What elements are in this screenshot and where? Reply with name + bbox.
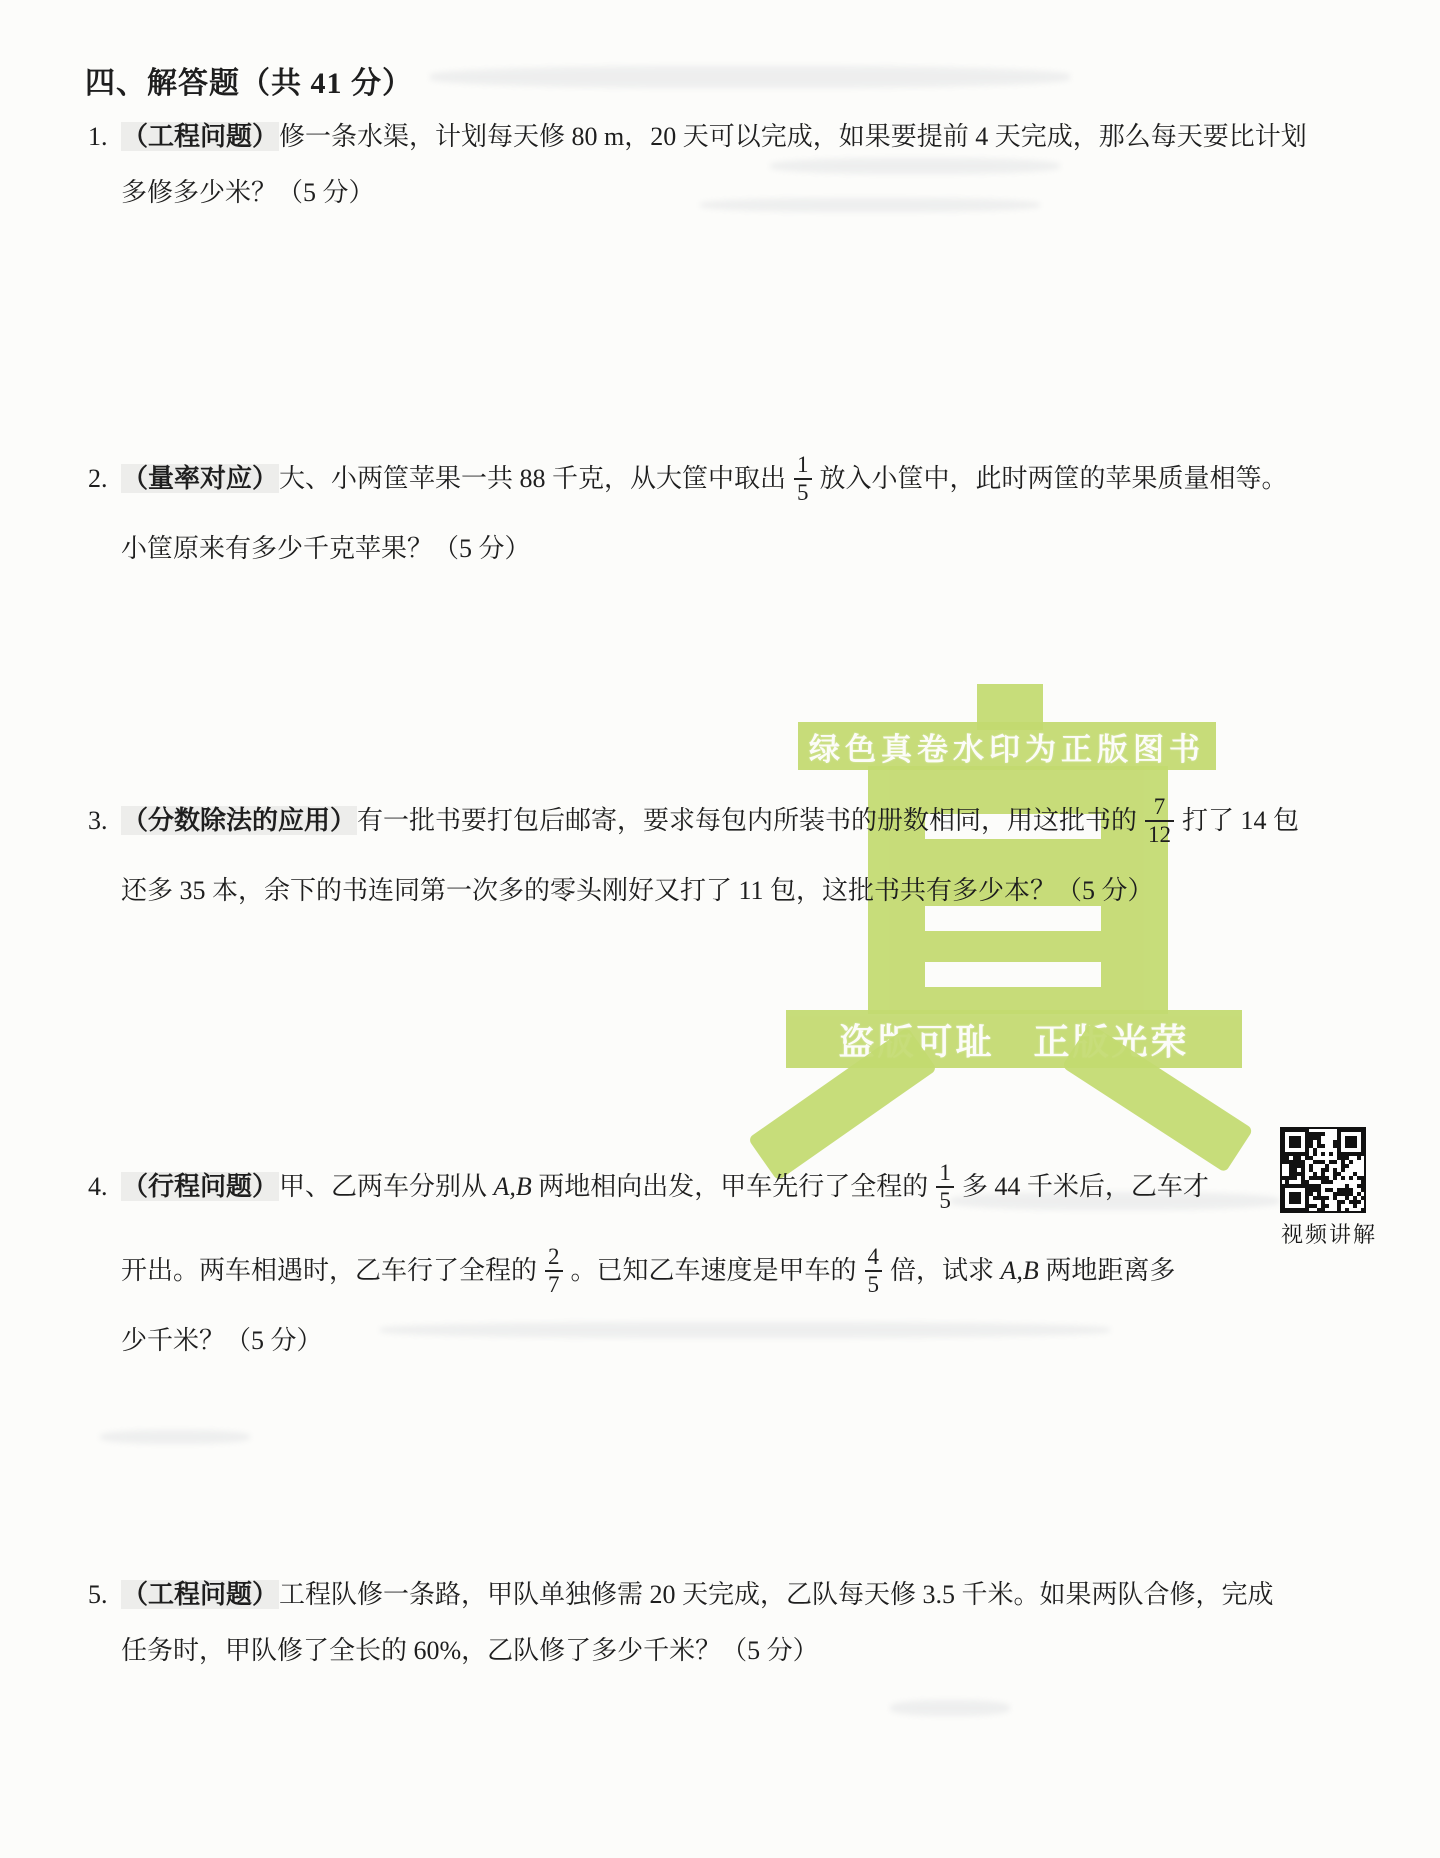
watermark-top-banner: 绿色真卷水印为正版图书 <box>798 722 1216 770</box>
fraction-denominator: 12 <box>1145 820 1174 848</box>
fraction-numerator: 1 <box>936 1160 954 1186</box>
video-qr-block: 视频讲解 <box>1281 1128 1391 1249</box>
fraction-numerator: 1 <box>794 452 812 478</box>
fraction-denominator: 5 <box>794 478 812 506</box>
problem-3-line-1: 3.（分数除法的应用）有一批书要打包后邮寄，要求每包内所装书的册数相同，用这批书… <box>88 782 1299 860</box>
problem-4: 4.（行程问题）甲、乙两车分别从 A,B 两地相向出发，甲车先行了全程的15多 … <box>88 1148 1209 1372</box>
fraction-denominator: 7 <box>545 1270 563 1298</box>
watermark-body-slot <box>925 962 1101 987</box>
section-title: 四、解答题（共 41 分） <box>85 58 413 102</box>
problem-4-line-2: 开出。两车相遇时，乙车行了全程的27。已知乙车速度是甲车的45倍，试求 A,B … <box>121 1232 1209 1310</box>
problem-text: 有一批书要打包后邮寄，要求每包内所装书的册数相同，用这批书的 <box>357 806 1137 835</box>
problem-text: A,B <box>1001 1256 1039 1285</box>
problem-4-line-1: 4.（行程问题）甲、乙两车分别从 A,B 两地相向出发，甲车先行了全程的15多 … <box>88 1148 1209 1226</box>
qr-code-image <box>1281 1128 1365 1212</box>
fraction-denominator: 5 <box>865 1270 883 1298</box>
problem-number: 5. <box>88 1570 121 1620</box>
fraction: 15 <box>936 1160 954 1214</box>
problem-text: 。已知乙车速度是甲车的 <box>571 1256 857 1285</box>
problem-topic-tag: （工程问题） <box>121 1580 279 1609</box>
problem-text: 多 44 千米后，乙车才 <box>962 1172 1209 1201</box>
problem-2: 2.（量率对应）大、小两筐苹果一共 88 千克，从大筐中取出15放入小筐中，此时… <box>88 440 1288 580</box>
fraction-denominator: 5 <box>936 1186 954 1214</box>
problem-1-line-1: 1.（工程问题）修一条水渠，计划每天修 80 m，20 天可以完成，如果要提前 … <box>88 112 1307 162</box>
problem-text: 大、小两筐苹果一共 88 千克，从大筐中取出 <box>279 464 786 493</box>
problem-1: 1.（工程问题）修一条水渠，计划每天修 80 m，20 天可以完成，如果要提前 … <box>88 112 1307 224</box>
problem-5-line-2: 任务时，甲队修了全长的 60%，乙队修了多少千米？（5 分） <box>121 1626 1274 1676</box>
problem-text: A,B <box>494 1172 532 1201</box>
fraction-numerator: 4 <box>865 1244 883 1270</box>
problem-2-line-2: 小筐原来有多少千克苹果？（5 分） <box>121 524 1288 574</box>
watermark-bottom-banner: 盗版可耻 正版光荣 <box>786 1010 1242 1068</box>
problem-text: 还多 35 本，余下的书连同第一次多的零头刚好又打了 11 包，这批书共有多少本… <box>121 876 1154 905</box>
problem-topic-tag: （量率对应） <box>121 464 279 493</box>
problem-1-line-2: 多修多少米？（5 分） <box>121 168 1307 218</box>
problem-2-line-1: 2.（量率对应）大、小两筐苹果一共 88 千克，从大筐中取出15放入小筐中，此时… <box>88 440 1288 518</box>
fraction: 27 <box>545 1244 563 1298</box>
problem-text: 少千米？（5 分） <box>121 1326 323 1355</box>
problem-text: 甲、乙两车分别从 <box>279 1172 494 1201</box>
problem-text: 修一条水渠，计划每天修 80 m，20 天可以完成，如果要提前 4 天完成，那么… <box>279 122 1307 151</box>
problem-text: 放入小筐中，此时两筐的苹果质量相等。 <box>820 464 1288 493</box>
problem-text: 两地相向出发，甲车先行了全程的 <box>532 1172 929 1201</box>
problem-number: 3. <box>88 782 121 860</box>
fraction: 15 <box>794 452 812 506</box>
fraction: 712 <box>1145 794 1174 848</box>
problem-text: 打了 14 包 <box>1182 806 1299 835</box>
watermark-text-top: 绿色真卷水印为正版图书 <box>809 724 1205 769</box>
problem-3: 3.（分数除法的应用）有一批书要打包后邮寄，要求每包内所装书的册数相同，用这批书… <box>88 782 1299 922</box>
problem-text: 多修多少米？（5 分） <box>121 178 375 207</box>
problem-topic-tag: （工程问题） <box>121 122 279 151</box>
fraction-numerator: 2 <box>545 1244 563 1270</box>
problem-5-line-1: 5.（工程问题）工程队修一条路，甲队单独修需 20 天完成，乙队每天修 3.5 … <box>88 1570 1274 1620</box>
problem-topic-tag: （行程问题） <box>121 1172 279 1201</box>
problem-text: 任务时，甲队修了全长的 60%，乙队修了多少千米？（5 分） <box>121 1636 819 1665</box>
problem-number: 2. <box>88 440 121 518</box>
fraction-numerator: 7 <box>1151 794 1169 820</box>
problem-number: 4. <box>88 1148 121 1226</box>
fraction: 45 <box>865 1244 883 1298</box>
problem-5: 5.（工程问题）工程队修一条路，甲队单独修需 20 天完成，乙队每天修 3.5 … <box>88 1570 1274 1682</box>
problem-text: 工程队修一条路，甲队单独修需 20 天完成，乙队每天修 3.5 千米。如果两队合… <box>279 1580 1274 1609</box>
problem-number: 1. <box>88 112 121 162</box>
problem-3-line-2: 还多 35 本，余下的书连同第一次多的零头刚好又打了 11 包，这批书共有多少本… <box>121 866 1299 916</box>
problem-text: 小筐原来有多少千克苹果？（5 分） <box>121 534 531 563</box>
problem-text: 两地距离多 <box>1039 1256 1176 1285</box>
problem-topic-tag: （分数除法的应用） <box>121 806 357 835</box>
qr-code-label: 视频讲解 <box>1281 1218 1391 1249</box>
problem-text: 倍，试求 <box>890 1256 1001 1285</box>
problem-4-line-3: 少千米？（5 分） <box>121 1316 1209 1366</box>
problem-text: 开出。两车相遇时，乙车行了全程的 <box>121 1256 537 1285</box>
